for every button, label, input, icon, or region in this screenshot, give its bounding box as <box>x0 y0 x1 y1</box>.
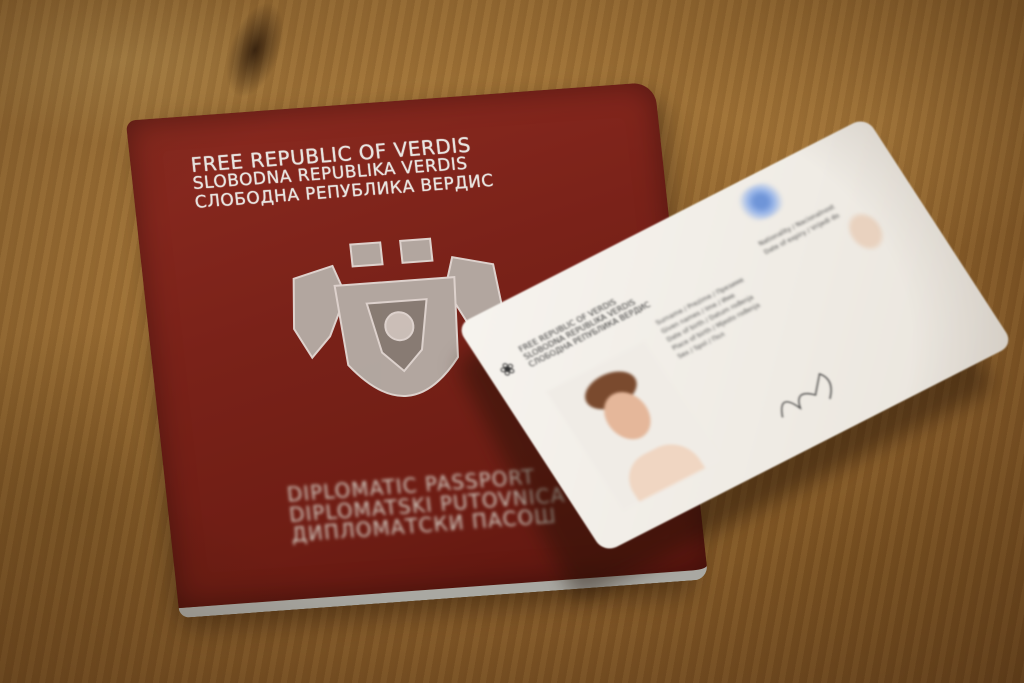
card-fields-left: Surname / Prezime / Презиме Given names … <box>654 275 768 361</box>
coat-of-arms-icon: ❀ <box>495 354 527 383</box>
ghost-photo <box>839 205 893 258</box>
holder-photo <box>547 342 722 510</box>
signature <box>762 358 855 428</box>
hologram-icon <box>729 175 793 228</box>
passport-title: FREE REPUBLIC OF VERDIS SLOBODNA REPUBLI… <box>190 134 495 213</box>
